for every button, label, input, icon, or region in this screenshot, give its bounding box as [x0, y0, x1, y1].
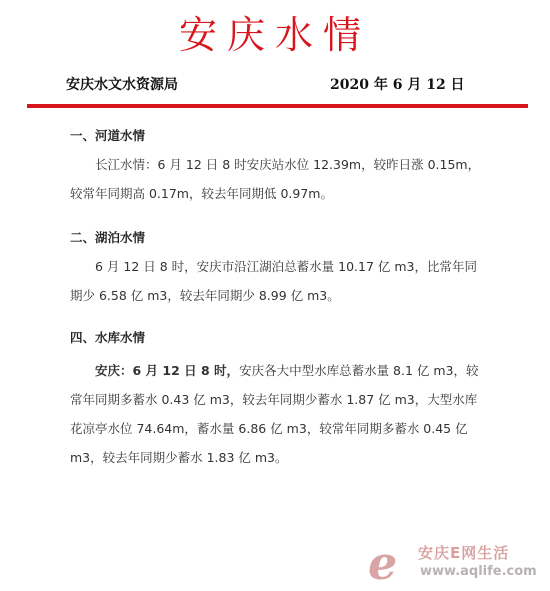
reservoir-text: 安庆各大中型水库总蓄水量 8.1 亿 m3，较常年同期多蓄水 0.43 亿 m3…	[70, 363, 479, 465]
section-heading-lake: 二、湖泊水情	[70, 228, 145, 246]
section-paragraph-lake: 6 月 12 日 8 时，安庆市沿江湖泊总蓄水量 10.17 亿 m3，比常年同…	[70, 252, 488, 310]
site-watermark: e 安庆E网生活 www.aqlife.com	[368, 540, 543, 585]
reservoir-lead: 安庆：6 月 12 日 8 时，	[95, 363, 239, 378]
section-heading-river: 一、河道水情	[70, 126, 145, 144]
issue-date: 2020 年 6 月 12 日	[330, 74, 465, 94]
document-title: 安庆水情	[0, 12, 550, 58]
issuing-organization: 安庆水文水资源局	[66, 74, 178, 94]
red-divider	[27, 104, 528, 108]
section-paragraph-reservoir: 安庆：6 月 12 日 8 时，安庆各大中型水库总蓄水量 8.1 亿 m3，较常…	[70, 356, 488, 472]
watermark-url: www.aqlife.com	[420, 564, 537, 579]
section-heading-reservoir: 四、水库水情	[70, 328, 145, 346]
section-paragraph-river: 长江水情：6 月 12 日 8 时安庆站水位 12.39m，较昨日涨 0.15m…	[70, 150, 488, 208]
watermark-name: 安庆E网生活	[418, 542, 509, 563]
e-logo-icon: e	[368, 540, 397, 586]
